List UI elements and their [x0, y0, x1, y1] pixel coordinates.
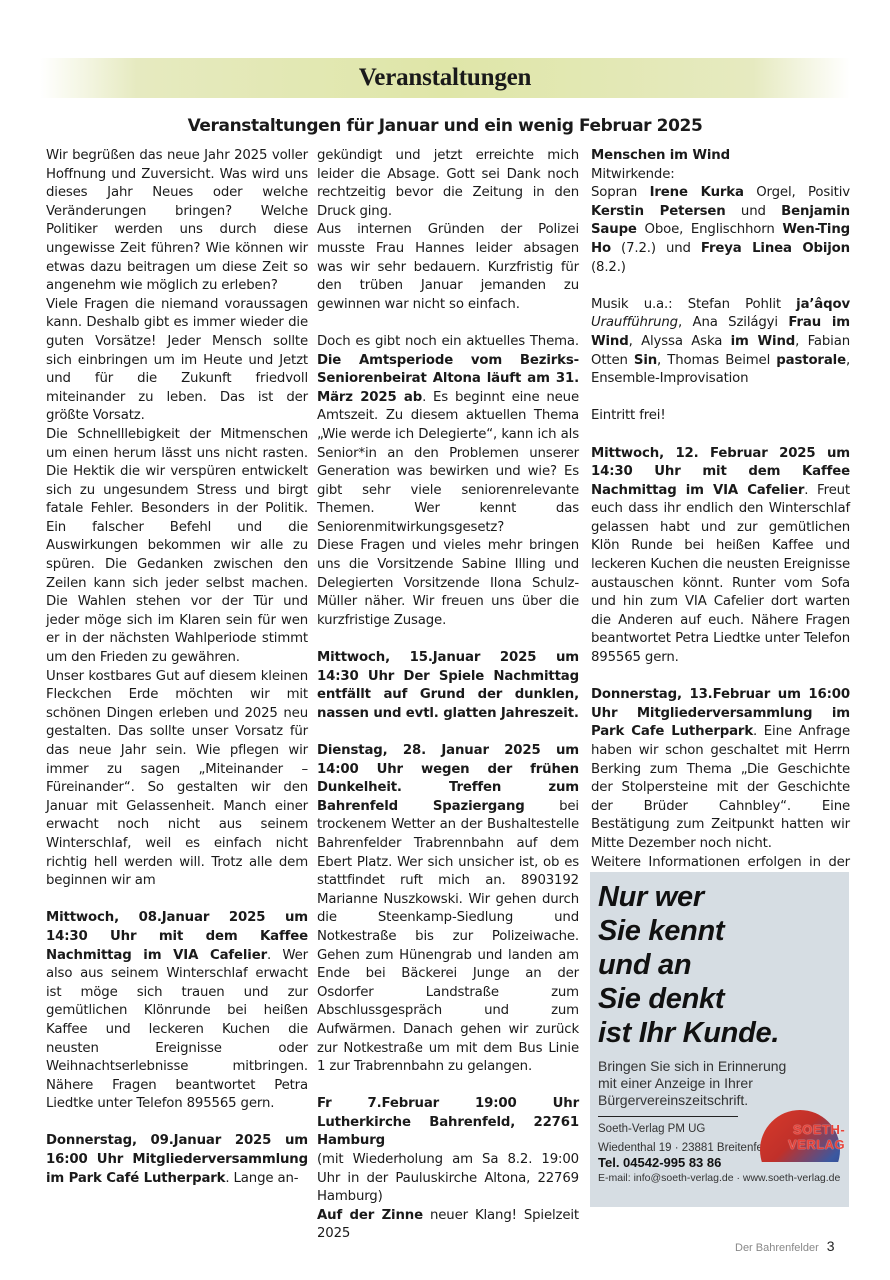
page-number: 3 — [827, 1238, 835, 1254]
piece-title: ja’âqov — [796, 297, 850, 312]
event-concert-feb-07: Fr 7.Februar 19:00 Uhr Lutherkirche Bahr… — [317, 1095, 579, 1151]
event-description: bei trockenem Wetter an der Bushaltestel… — [317, 799, 579, 1074]
event-meeting-jan-09: Donnerstag, 09.Januar 2025 um 16:00 Uhr … — [46, 1132, 308, 1188]
piece-title: im Wind — [731, 334, 796, 349]
performer-name: Kerstin Petersen — [591, 204, 726, 219]
publication-name: Der Bahrenfelder — [735, 1242, 819, 1254]
section-banner: Veranstaltungen — [40, 58, 850, 98]
article-column-2: gekündigt und jetzt erreichte mich leide… — [317, 147, 579, 1244]
performer-role: Orgel, Positiv — [744, 185, 850, 200]
music-text: , Thomas Beimel — [657, 353, 776, 368]
soeth-verlag-logo-icon: SOETH- VERLAG — [760, 1104, 850, 1164]
ad-contact-links[interactable]: E-mail: info@soeth-verlag.de · www.soeth… — [598, 1171, 841, 1186]
music-list: Musik u.a.: Stefan Pohlit ja’âqov Urauff… — [591, 296, 850, 389]
music-text: Uraufführung — [591, 315, 678, 330]
paragraph: Viele Fragen die niemand voraussagen kan… — [46, 296, 308, 426]
event-description: . Wer also aus seinem Winterschlaf erwac… — [46, 948, 308, 1112]
music-text: , Ana Szilágyi — [678, 315, 788, 330]
article-column-3: Menschen im Wind Mitwirkende: Sopran Ire… — [591, 147, 850, 891]
section-title: Veranstaltungen — [359, 64, 532, 92]
performer-name: Irene Kurka — [650, 185, 744, 200]
performer-role: (8.2.) — [591, 260, 626, 275]
performer-role: Sopran — [591, 185, 650, 200]
page-footer: Der Bahrenfelder3 — [735, 1238, 835, 1254]
intro-paragraph: Wir begrüßen das neue Jahr 2025 voller H… — [46, 147, 308, 296]
event-walk-jan-28: Dienstag, 28. Januar 2025 um 14:00 Uhr w… — [317, 742, 579, 1077]
article-title: Veranstaltungen für Januar und ein wenig… — [0, 116, 890, 136]
ad-slogan: Nur wer Sie kennt und an Sie denkt ist I… — [598, 880, 841, 1050]
paragraph: Diese Fragen und vieles mehr bringen uns… — [317, 537, 579, 630]
music-text: , Alyssa Aska — [629, 334, 731, 349]
event-coffee-feb-12: Mittwoch, 12. Februar 2025 um 14:30 Uhr … — [591, 445, 850, 668]
event-games-jan-15: Mittwoch, 15.Januar 2025 um 14:30 Uhr De… — [317, 649, 579, 723]
performer-role: und — [726, 204, 782, 219]
logo-text: SOETH- VERLAG — [788, 1122, 845, 1152]
paragraph: Aus internen Gründen der Polizei musste … — [317, 221, 579, 314]
advertisement-soeth-verlag: Nur wer Sie kennt und an Sie denkt ist I… — [590, 872, 849, 1207]
performer-role: Oboe, Englischhorn — [637, 222, 783, 237]
paragraph: gekündigt und jetzt erreichte mich leide… — [317, 147, 579, 221]
music-text: Musik u.a.: Stefan Pohlit — [591, 297, 796, 312]
performers-label: Mitwirkende: — [591, 166, 850, 185]
seniorenbeirat-paragraph: Doch es gibt noch ein aktuelles Thema. D… — [317, 333, 579, 538]
admission-note: Eintritt frei! — [591, 407, 850, 426]
event-description: . Eine Anfrage haben wir schon geschalte… — [591, 724, 850, 851]
piece-title: Sin — [634, 353, 657, 368]
event-description: . Freut euch dass ihr endlich den Winter… — [591, 483, 850, 665]
piece-title: pastorale — [776, 353, 846, 368]
performer-role: (7.2.) und — [611, 241, 701, 256]
ad-pitch: Bringen Sie sich in Erinnerung mit einer… — [598, 1058, 793, 1109]
performers-list: Sopran Irene Kurka Orgel, Positiv Kersti… — [591, 184, 850, 277]
performer-name: Freya Linea Obijon — [701, 241, 850, 256]
ad-divider — [598, 1116, 738, 1117]
event-coffee-jan-08: Mittwoch, 08.Januar 2025 um 14:30 Uhr mi… — [46, 909, 308, 1114]
concert-title: Menschen im Wind — [591, 147, 850, 166]
event-meeting-feb-13: Donnerstag, 13.Februar um 16:00 Uhr Mitg… — [591, 686, 850, 853]
paragraph: Die Schnelllebigkeit der Mitmenschen um … — [46, 426, 308, 668]
paragraph: Unser kostbares Gut auf diesem kleinen F… — [46, 668, 308, 891]
event-repeat-note: (mit Wiederholung am Sa 8.2. 19:00 Uhr i… — [317, 1151, 579, 1207]
article-column-1: Wir begrüßen das neue Jahr 2025 voller H… — [46, 147, 308, 1188]
concert-subtitle: Auf der Zinne neuer Klang! Spielzeit 202… — [317, 1207, 579, 1244]
event-description: . Lange an- — [225, 1171, 298, 1186]
